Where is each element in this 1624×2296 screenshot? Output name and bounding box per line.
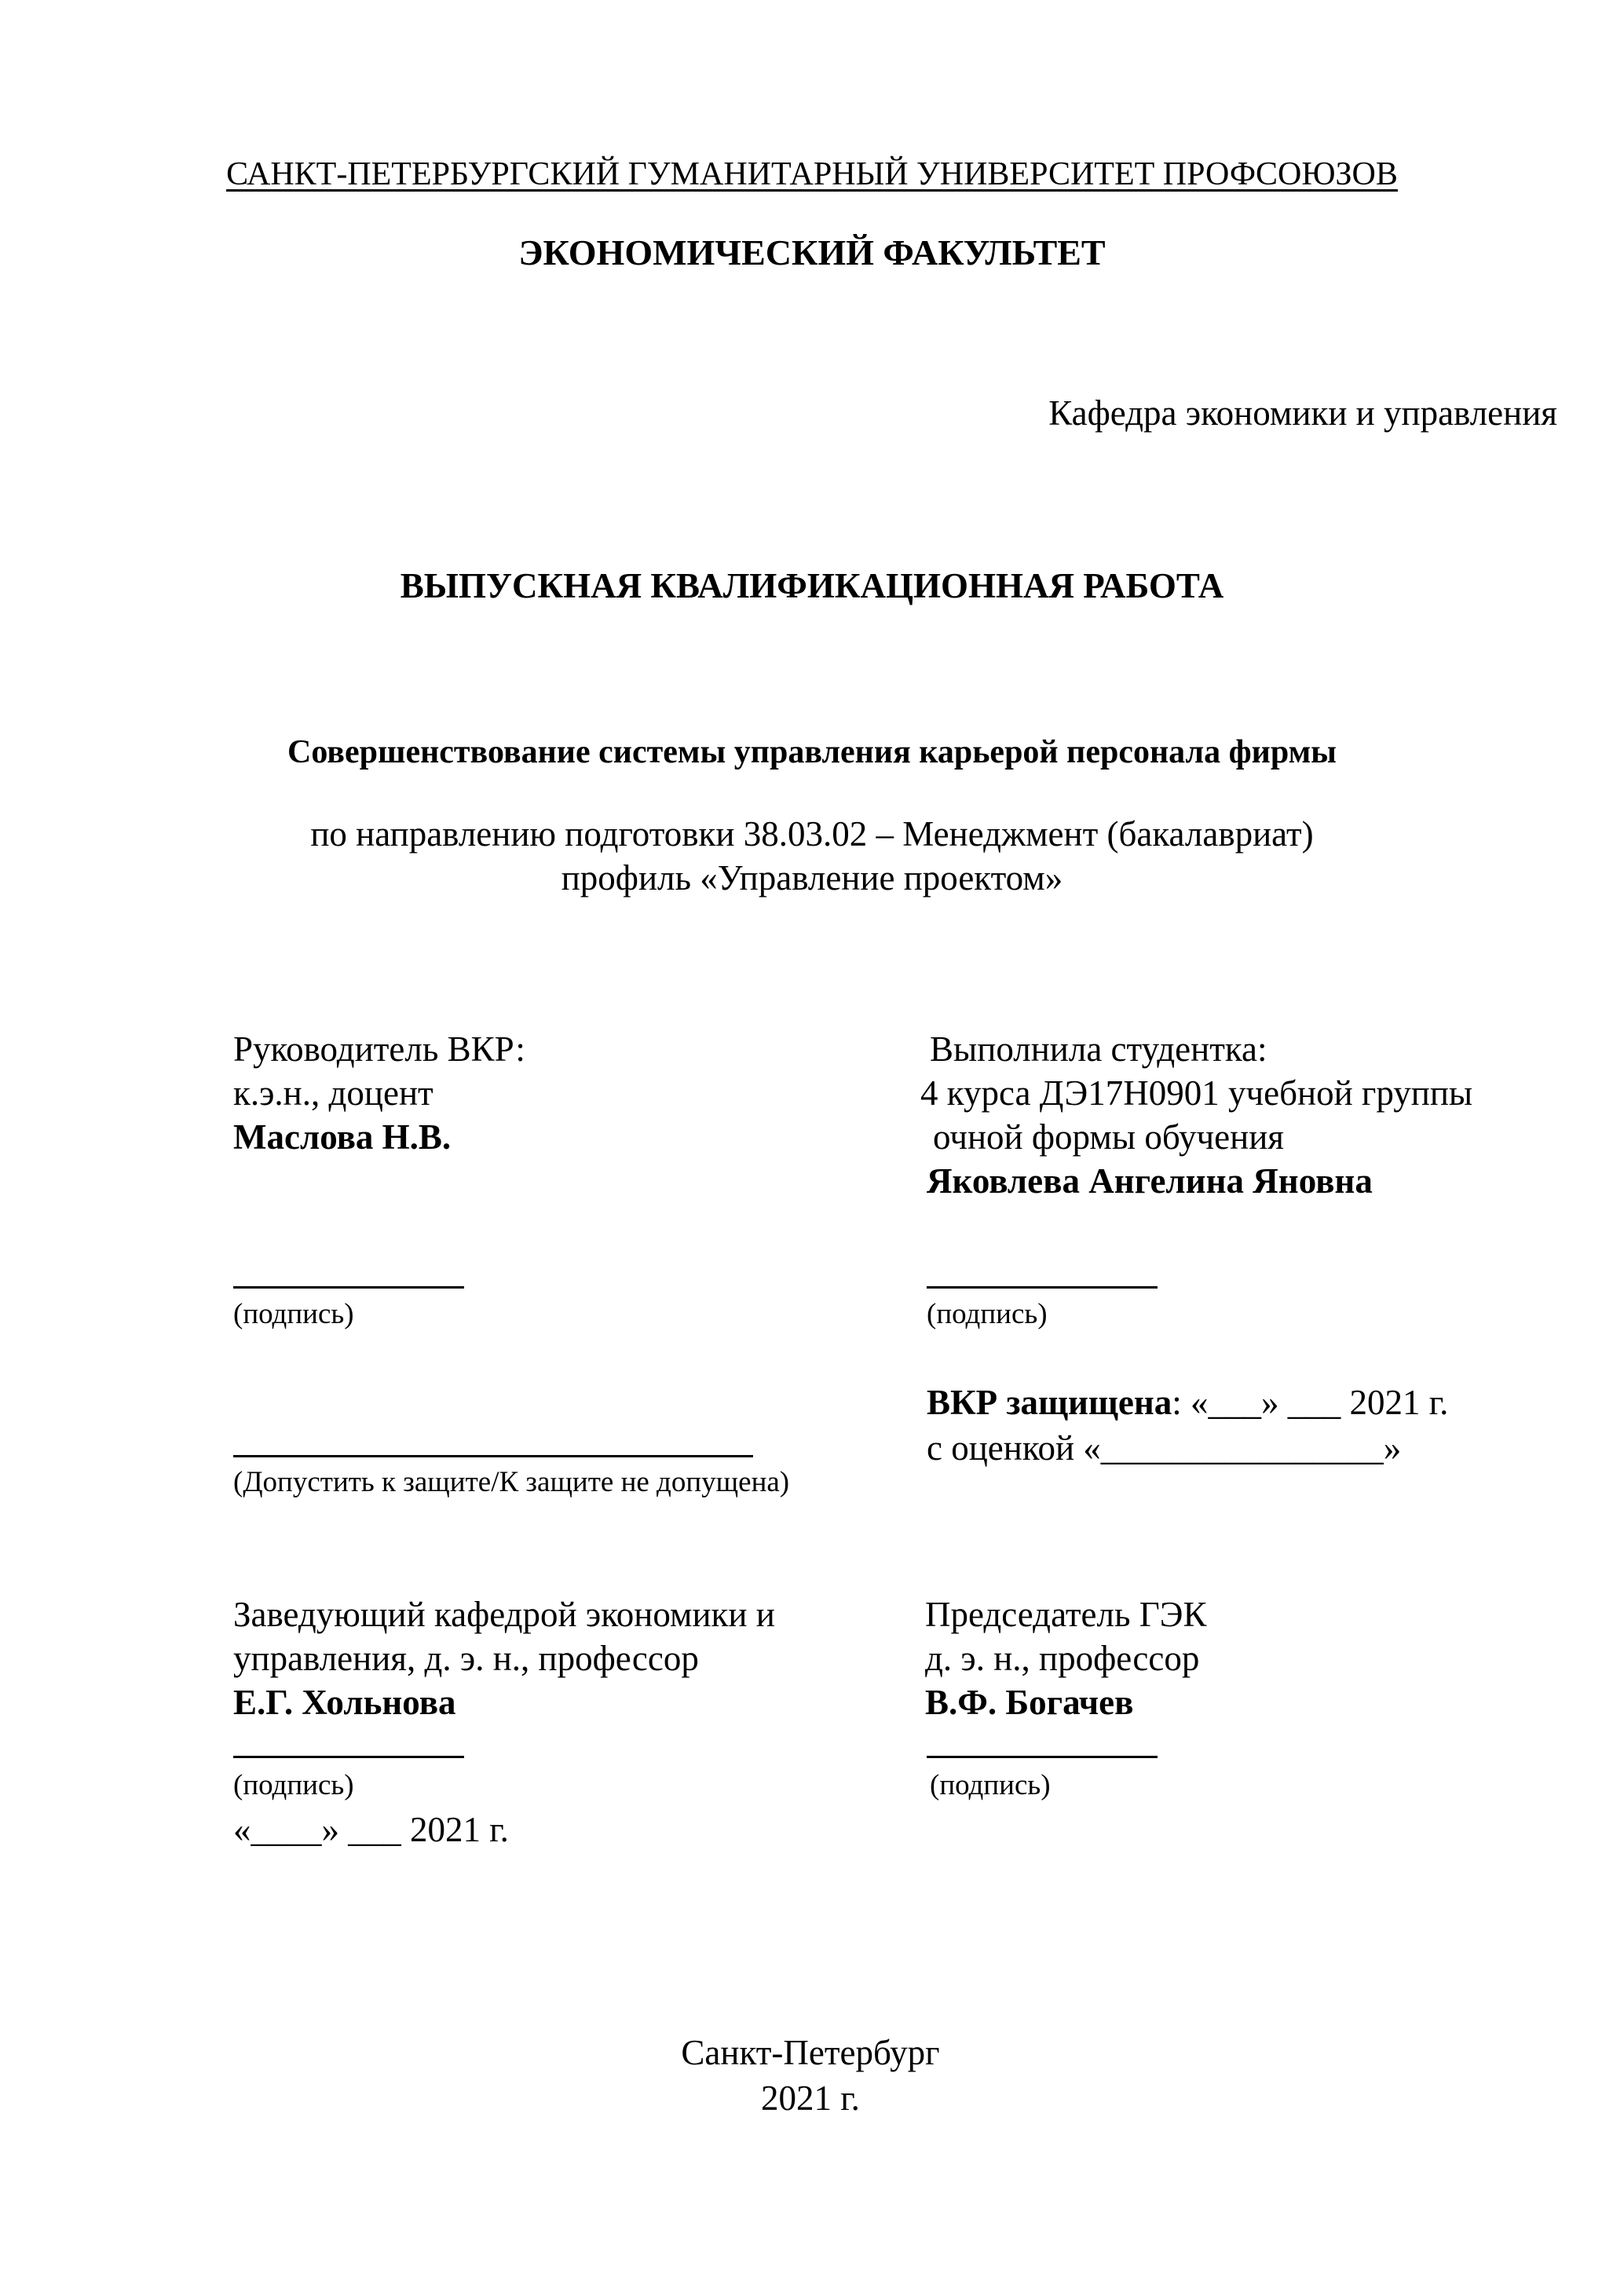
head-title-line1: Заведующий кафедрой экономики и <box>233 1594 775 1635</box>
defense-grade: с оценкой «________________» <box>927 1428 1401 1468</box>
footer-city: Санкт-Петербург <box>0 2032 1622 2073</box>
student-group: 4 курса ДЭ17Н0901 учебной группы <box>920 1073 1472 1113</box>
supervisor-name: Маслова Н.В. <box>233 1117 451 1157</box>
admission-line <box>233 1455 753 1457</box>
admission-caption: (Допустить к защите/К защите не допущена… <box>233 1465 789 1500</box>
head-title-line2: управления, д. э. н., профессор <box>233 1638 699 1679</box>
defense-label: ВКР защищена <box>927 1383 1172 1422</box>
defense-date-text: : «___» ___ 2021 г. <box>1172 1383 1448 1422</box>
student-form: очной формы обучения <box>933 1117 1284 1157</box>
chairman-signature-caption: (подпись) <box>930 1768 1051 1803</box>
supervisor-degree: к.э.н., доцент <box>233 1073 433 1113</box>
faculty-name: ЭКОНОМИЧЕСКИЙ ФАКУЛЬТЕТ <box>0 232 1624 273</box>
head-name: Е.Г. Хольнова <box>233 1682 456 1723</box>
chairman-name: В.Ф. Богачев <box>925 1682 1133 1723</box>
supervisor-signature-caption: (подпись) <box>233 1297 354 1332</box>
student-label: Выполнила студентка: <box>930 1029 1267 1069</box>
chairman-title-line2: д. э. н., профессор <box>925 1638 1199 1679</box>
work-profile: профиль «Управление проектом» <box>0 857 1624 898</box>
defense-date: ВКР защищена: «___» ___ 2021 г. <box>927 1382 1448 1423</box>
chairman-signature-line <box>927 1756 1158 1758</box>
work-direction: по направлению подготовки 38.03.02 – Мен… <box>0 813 1624 854</box>
student-signature-caption: (подпись) <box>927 1297 1048 1332</box>
university-name: САНКТ-ПЕТЕРБУРГСКИЙ ГУМАНИТАРНЫЙ УНИВЕРС… <box>0 154 1624 195</box>
work-type: ВЫПУСКНАЯ КВАЛИФИКАЦИОННАЯ РАБОТА <box>0 565 1624 606</box>
supervisor-label: Руководитель ВКР: <box>233 1029 525 1069</box>
footer-year: 2021 г. <box>0 2078 1622 2119</box>
head-signature-caption: (подпись) <box>233 1768 354 1803</box>
head-date: «____» ___ 2021 г. <box>233 1809 509 1850</box>
work-title: Совершенствование системы управления кар… <box>0 732 1624 773</box>
student-signature-line <box>927 1286 1158 1289</box>
student-name: Яковлева Ангелина Яновна <box>927 1161 1373 1201</box>
supervisor-signature-line <box>233 1286 464 1289</box>
department-name: Кафедра экономики и управления <box>1048 393 1557 433</box>
head-signature-line <box>233 1756 464 1758</box>
chairman-title-line1: Председатель ГЭК <box>925 1594 1206 1635</box>
